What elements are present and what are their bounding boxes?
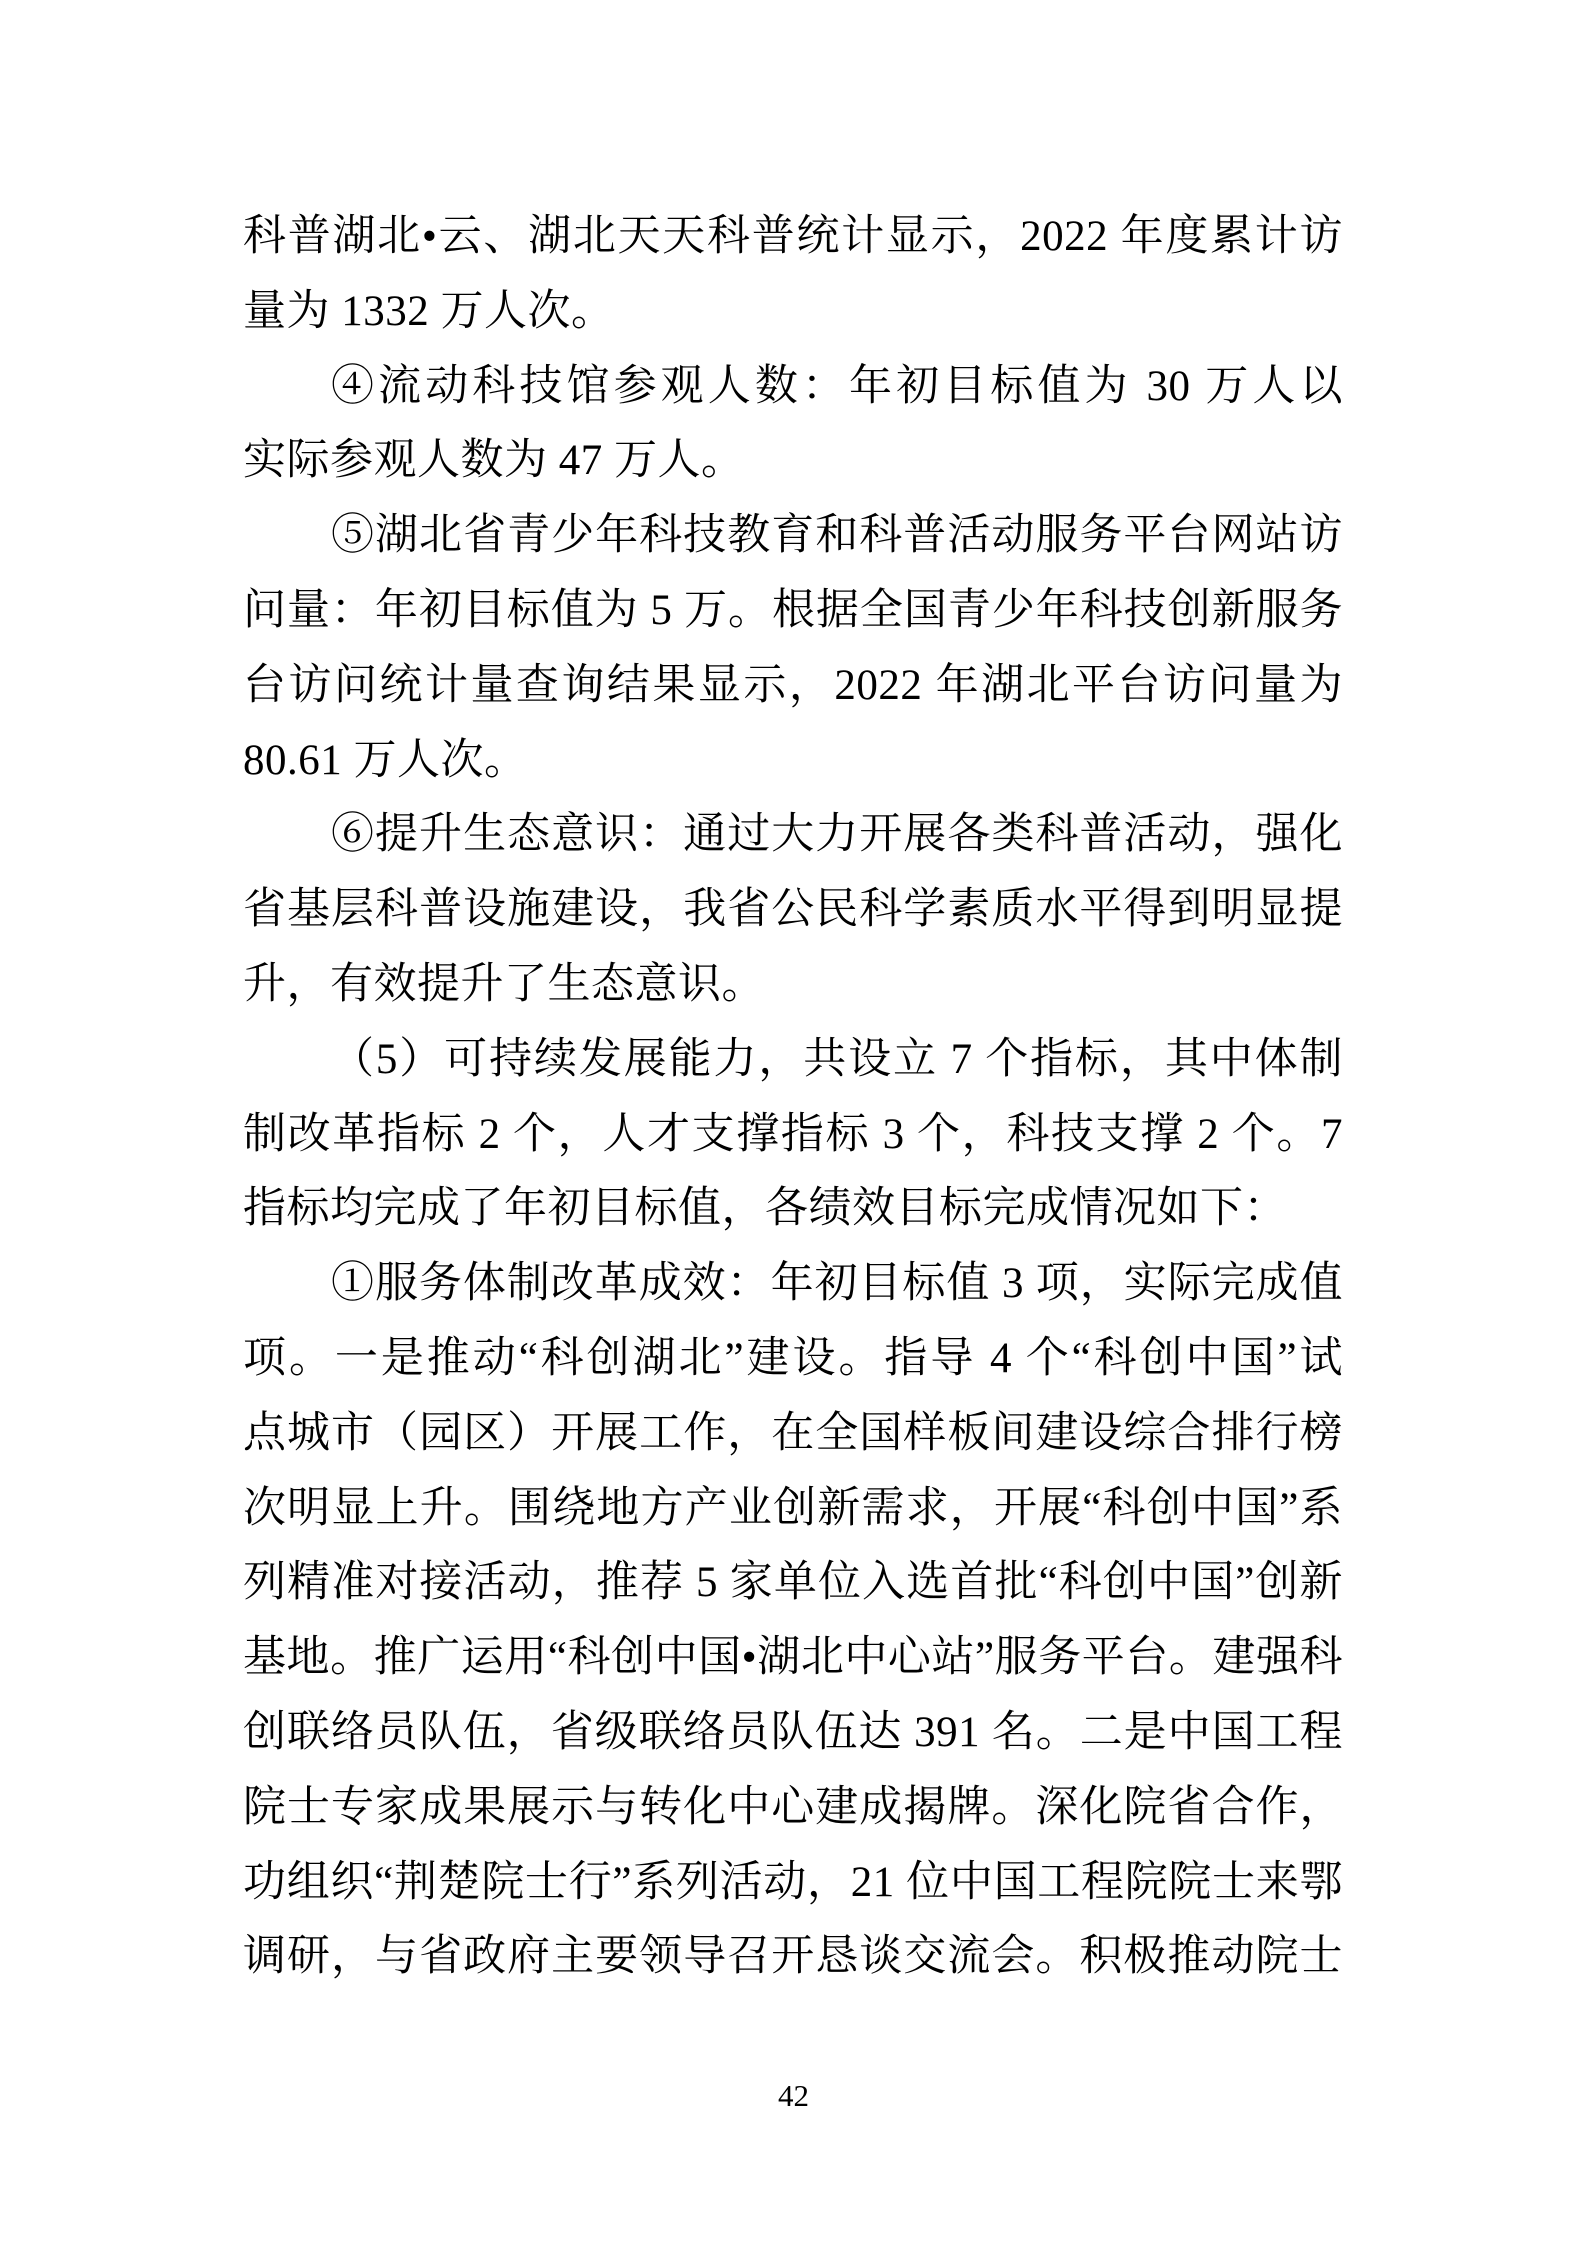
text-line: ⑤湖北省青少年科技教育和科普活动服务平台网站访 xyxy=(243,499,1343,574)
text-line: 列精准对接活动，推荐 5 家单位入选首批“科创中国”创新 xyxy=(243,1546,1343,1621)
text-line: 问量：年初目标值为 5 万。根据全国青少年科技创新服务平 xyxy=(243,574,1343,649)
document-page: 科普湖北•云、湖北天天科普统计显示，2022 年度累计访问 量为 1332 万人… xyxy=(0,0,1587,2245)
text-line: 80.61 万人次。 xyxy=(243,724,1343,799)
text-line: 科普湖北•云、湖北天天科普统计显示，2022 年度累计访问 xyxy=(243,200,1343,275)
text-line: 制改革指标 2 个，人才支撑指标 3 个，科技支撑 2 个。7 个 xyxy=(243,1098,1343,1173)
page-number: 42 xyxy=(0,2076,1587,2116)
text-line: 实际参观人数为 47 万人。 xyxy=(243,424,1343,499)
text-line: 点城市（园区）开展工作，在全国样板间建设综合排行榜位 xyxy=(243,1397,1343,1472)
text-line: 省基层科普设施建设，我省公民科学素质水平得到明显提 xyxy=(243,873,1343,948)
text-line: ④流动科技馆参观人数：年初目标值为 30 万人以上。 xyxy=(243,350,1343,425)
text-line: ⑥提升生态意识：通过大力开展各类科普活动，强化我 xyxy=(243,798,1343,873)
text-line: （5）可持续发展能力，共设立 7 个指标，其中体制机 xyxy=(243,1023,1343,1098)
text-line: 调研，与省政府主要领导召开恳谈交流会。积极推动院士科 xyxy=(243,1920,1343,1995)
text-line: 指标均完成了年初目标值，各绩效目标完成情况如下： xyxy=(243,1172,1343,1247)
text-line: 创联络员队伍，省级联络员队伍达 391 名。二是中国工程院 xyxy=(243,1696,1343,1771)
text-line: 次明显上升。围绕地方产业创新需求，开展“科创中国”系 xyxy=(243,1472,1343,1547)
text-line: 院士专家成果展示与转化中心建成揭牌。深化院省合作，成 xyxy=(243,1771,1343,1846)
text-line: 功组织“荆楚院士行”系列活动，21 位中国工程院院士来鄂 xyxy=(243,1846,1343,1921)
text-line: 升，有效提升了生态意识。 xyxy=(243,948,1343,1023)
text-line: 项。一是推动“科创湖北”建设。指导 4 个“科创中国”试 xyxy=(243,1322,1343,1397)
text-line: 台访问统计量查询结果显示，2022 年湖北平台访问量为 xyxy=(243,649,1343,724)
text-line: ①服务体制改革成效：年初目标值 3 项，实际完成值 3 xyxy=(243,1247,1343,1322)
text-line: 量为 1332 万人次。 xyxy=(243,275,1343,350)
document-text-block: 科普湖北•云、湖北天天科普统计显示，2022 年度累计访问 量为 1332 万人… xyxy=(243,200,1343,1995)
text-line: 基地。推广运用“科创中国•湖北中心站”服务平台。建强科 xyxy=(243,1621,1343,1696)
